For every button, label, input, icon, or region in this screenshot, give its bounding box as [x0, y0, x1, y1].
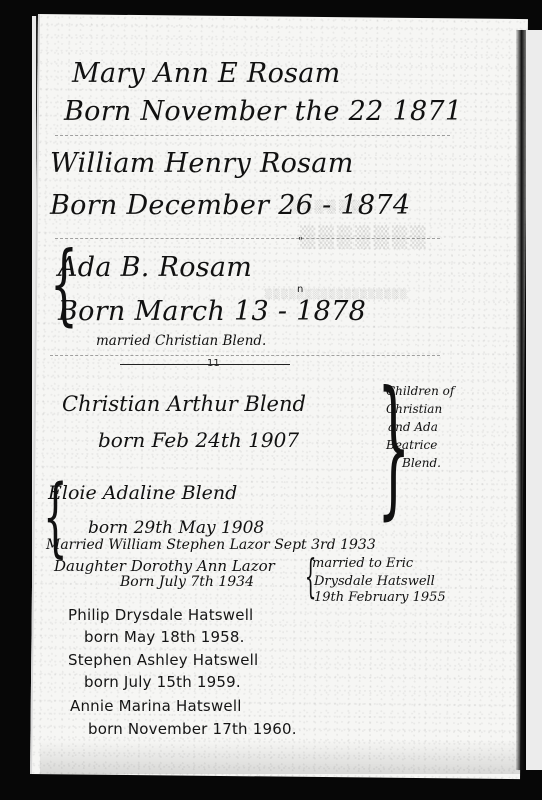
- daughter-birth: Born July 7th 1934: [120, 574, 254, 590]
- entry-birth: born 29th May 1908: [88, 518, 264, 538]
- entry-birth: Born December 26 - 1874: [50, 190, 410, 221]
- side-note-line: Blend.: [402, 454, 454, 472]
- grandchild-name: Philip Drysdale Hatswell: [68, 606, 253, 624]
- ditto-mark: ": [298, 236, 303, 247]
- faint-background-print: ▒▒▒▒▒▒▒: [300, 225, 429, 249]
- marriage-note-line: 19th February 1955: [314, 590, 446, 606]
- entry-name: Eloie Adaline Blend: [48, 482, 237, 504]
- grandchild-birth: born May 18th 1958.: [84, 628, 245, 646]
- marriage-note-line: Drysdale Hatswell: [314, 573, 446, 590]
- separator-line: [120, 364, 290, 365]
- separator-mark: 11: [207, 358, 220, 369]
- grandchild-name: Stephen Ashley Hatswell: [68, 651, 258, 669]
- grandchild-birth: born July 15th 1959.: [84, 673, 241, 691]
- separator-line: [50, 355, 440, 356]
- entry-name: Ada B. Rosam: [58, 252, 252, 283]
- marriage-note: married Christian Blend.: [96, 333, 266, 349]
- page-smudge: [40, 740, 520, 774]
- entry-name: William Henry Rosam: [50, 148, 354, 179]
- entry-name: Christian Arthur Blend: [62, 392, 306, 416]
- separator-line: [55, 238, 440, 239]
- adjacent-page-edge: [526, 30, 542, 770]
- children-side-note: Children of Christian and Ada Beatrice B…: [386, 382, 454, 472]
- entry-birth: born Feb 24th 1907: [98, 428, 299, 452]
- entry-birth: Born November the 22 1871: [64, 96, 462, 127]
- entry-marriage: Married William Stephen Lazor Sept 3rd 1…: [46, 537, 376, 553]
- grandchild-name: Annie Marina Hatswell: [70, 697, 242, 715]
- entry-name: Mary Ann E Rosam: [72, 58, 341, 89]
- scanned-document: ▒▒▒▒▒▒▒ ▒▒▒▒▒▒▒▒▒▒▒▒▒▒▒▒▒▒ ▒▒▒▒▒▒ Mary A…: [0, 0, 542, 800]
- side-note-line: Christian: [386, 400, 454, 418]
- side-note-line: Beatrice: [386, 436, 454, 454]
- marriage-note-line: married to Eric: [312, 555, 446, 573]
- marriage-side-note: married to Eric Drysdale Hatswell 19th F…: [312, 555, 446, 606]
- daughter-name: Daughter Dorothy Ann Lazor: [54, 557, 275, 575]
- entry-birth: Born March 13 - 1878: [58, 296, 366, 327]
- ditto-mark: n: [297, 284, 303, 295]
- side-note-line: Children of: [386, 382, 454, 400]
- side-note-line: and Ada: [388, 418, 454, 436]
- grandchild-birth: born November 17th 1960.: [88, 720, 297, 738]
- binding-gutter: [516, 30, 526, 770]
- separator-line: [55, 135, 450, 136]
